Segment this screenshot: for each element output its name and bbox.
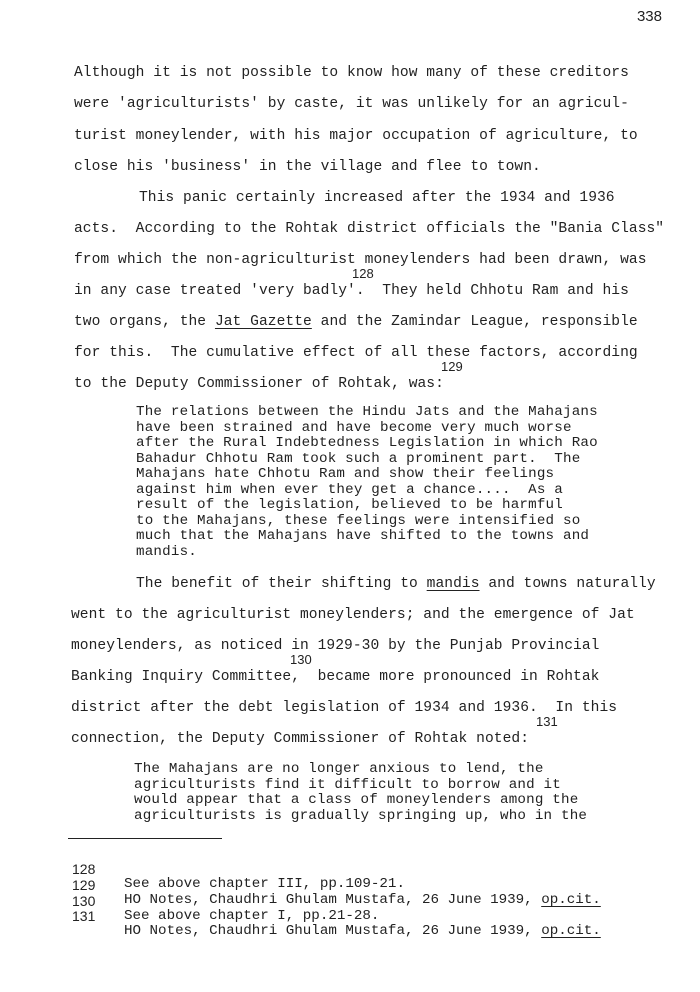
quote-line: The relations between the Hindu Jats and… (136, 405, 598, 421)
text-line: Banking Inquiry Committee, became more p… (71, 668, 599, 686)
footnote-ref-131: 131 (536, 715, 558, 729)
text-line: for this. The cumulative effect of all t… (74, 344, 638, 362)
quote-line: much that the Mahajans have shifted to t… (136, 529, 589, 545)
quote-line: Bahadur Chhotu Ram took such a prominent… (136, 452, 580, 468)
text-line: were 'agriculturists' by caste, it was u… (74, 95, 629, 113)
quote-line: Mahajans hate Chhotu Ram and show their … (136, 467, 554, 483)
quote-line: after the Rural Indebtedness Legislation… (136, 436, 598, 452)
page-number: 338 (637, 8, 662, 25)
text-line: This panic certainly increased after the… (139, 189, 615, 207)
text-line: The benefit of their shifting to mandis … (136, 575, 656, 593)
quote-line: have been strained and have become very … (136, 421, 572, 437)
footnote-ref-129: 129 (441, 360, 463, 374)
text-line: close his 'business' in the village and … (74, 158, 541, 176)
term-mandis: mandis (427, 576, 480, 592)
text-segment: and the Zamindar League, responsible (312, 314, 638, 330)
citation-op-cit: op.cit. (541, 923, 601, 939)
quote-line: result of the legislation, believed to b… (136, 498, 563, 514)
footnote-ref-130: 130 (290, 653, 312, 667)
typescript-page: 338 Although it is not possible to know … (0, 0, 700, 992)
footnote-body: HO Notes, Chaudhri Ghulam Mustafa, 26 Ju… (124, 923, 541, 939)
footnote-number: 131 (72, 909, 95, 925)
quote-line: agriculturists is gradually springing up… (134, 809, 587, 825)
text-line: Although it is not possible to know how … (74, 64, 629, 82)
text-line: two organs, the Jat Gazette and the Zami… (74, 313, 638, 331)
quote-line: against him when ever they get a chance.… (136, 483, 563, 499)
text-line: turist moneylender, with his major occup… (74, 127, 638, 145)
quote-line: The Mahajans are no longer anxious to le… (134, 762, 544, 778)
text-line: to the Deputy Commissioner of Rohtak, wa… (74, 375, 444, 393)
text-line: moneylenders, as noticed in 1929-30 by t… (71, 637, 599, 655)
text-segment: and towns naturally (480, 576, 656, 592)
text-line: in any case treated 'very badly'. They h… (74, 282, 629, 300)
footnote-divider (68, 838, 222, 839)
text-line: acts. According to the Rohtak district o… (74, 220, 664, 238)
footnote-ref-128: 128 (352, 267, 374, 281)
text-line: connection, the Deputy Commissioner of R… (71, 730, 529, 748)
footnote-text: HO Notes, Chaudhri Ghulam Mustafa, 26 Ju… (124, 924, 601, 940)
quote-line: would appear that a class of moneylender… (134, 793, 578, 809)
title-jat-gazette: Jat Gazette (215, 314, 312, 330)
quote-line: mandis. (136, 545, 197, 561)
quote-line: agriculturists find it difficult to borr… (134, 778, 561, 794)
text-segment: The benefit of their shifting to (136, 576, 427, 592)
quote-line: to the Mahajans, these feelings were int… (136, 514, 580, 530)
text-segment: two organs, the (74, 314, 215, 330)
text-line: went to the agriculturist moneylenders; … (71, 606, 635, 624)
footnote-131: 131 HO Notes, Chaudhri Ghulam Mustafa, 2… (0, 893, 700, 955)
